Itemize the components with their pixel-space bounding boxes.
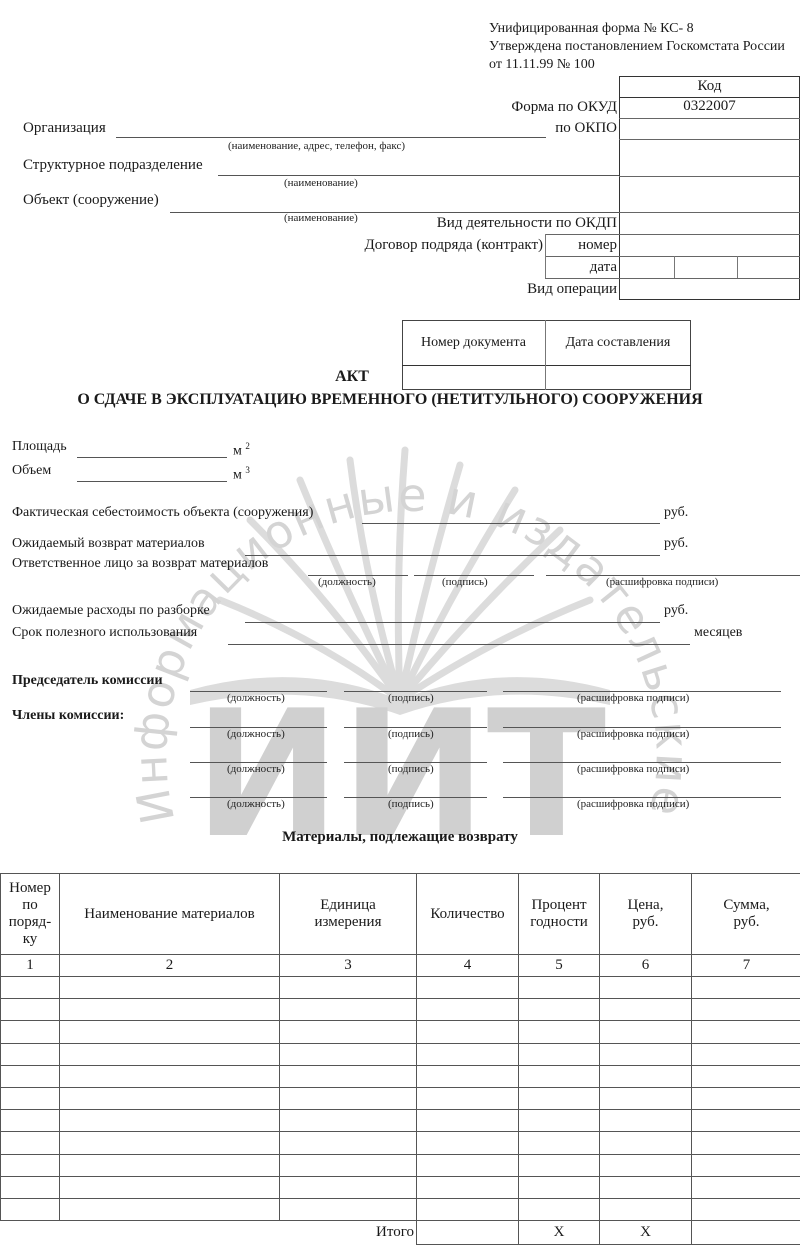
contract-number-label: номер [547, 237, 617, 254]
table-cell[interactable] [417, 1065, 519, 1087]
return-unit: руб. [664, 536, 688, 552]
cost-field[interactable] [362, 523, 660, 524]
code-header: Код [619, 78, 800, 95]
table-cell[interactable] [519, 1065, 600, 1087]
volume-label: Объем [12, 463, 51, 479]
table-row [1, 1021, 800, 1043]
table-cell[interactable] [60, 1087, 280, 1109]
table-row [1, 1154, 800, 1176]
table-cell[interactable] [519, 977, 600, 999]
table-cell[interactable] [280, 1065, 417, 1087]
column-header-line: поряд- [1, 914, 59, 931]
area-unit: м 2 [233, 438, 250, 460]
table-cell[interactable] [600, 1176, 692, 1198]
table-row [1, 1110, 800, 1132]
column-number: 6 [600, 955, 692, 977]
term-label: Срок полезного использования [12, 625, 197, 641]
return-label: Ожидаемый возврат материалов [12, 536, 205, 552]
table-cell[interactable] [1, 1043, 60, 1065]
table-row [1, 1065, 800, 1087]
total-cell: X [600, 1221, 692, 1245]
column-header-line: Номер [1, 880, 59, 897]
table-cell[interactable] [60, 999, 280, 1021]
table-cell[interactable] [600, 977, 692, 999]
expenses-unit: руб. [664, 603, 688, 619]
table-cell[interactable] [692, 999, 800, 1021]
table-cell[interactable] [280, 1198, 417, 1220]
member-1-position-caption: (должность) [227, 728, 285, 740]
form-line-2: Утверждена постановлением Госкомстата Ро… [489, 39, 785, 55]
table-cell[interactable] [280, 1043, 417, 1065]
department-caption: (наименование) [284, 177, 358, 189]
table-cell[interactable] [692, 1021, 800, 1043]
column-header: Цена,руб. [600, 874, 692, 955]
table-cell[interactable] [60, 1065, 280, 1087]
organization-caption: (наименование, адрес, телефон, факс) [228, 140, 405, 152]
act-title: АКТ [252, 368, 452, 386]
column-header: Наименование материалов [60, 874, 280, 955]
column-header: Сумма,руб. [692, 874, 800, 955]
member-3-signature-caption: (подпись) [388, 798, 434, 810]
table-cell[interactable] [600, 1087, 692, 1109]
department-field[interactable] [218, 175, 619, 176]
table-cell[interactable] [280, 1110, 417, 1132]
materials-title: Материалы, подлежащие возврату [200, 829, 600, 846]
column-header-line: Сумма, [692, 897, 800, 914]
table-cell[interactable] [60, 1021, 280, 1043]
table-cell[interactable] [692, 1043, 800, 1065]
column-number: 1 [1, 955, 60, 977]
total-label: Итого [1, 1221, 417, 1245]
table-cell[interactable] [417, 1198, 519, 1220]
table-cell[interactable] [280, 977, 417, 999]
materials-table: Номерпопоряд-куНаименование материаловЕд… [0, 873, 800, 1245]
table-cell[interactable] [417, 1043, 519, 1065]
table-cell[interactable] [519, 999, 600, 1021]
chairman-decoding-caption: (расшифровка подписи) [577, 692, 689, 704]
table-cell[interactable] [60, 1198, 280, 1220]
column-header-line: годности [519, 914, 599, 931]
chairman-signature-caption: (подпись) [388, 692, 434, 704]
table-cell[interactable] [60, 1132, 280, 1154]
total-cell[interactable] [692, 1221, 800, 1245]
column-header-line: руб. [600, 914, 691, 931]
table-cell[interactable] [280, 999, 417, 1021]
responsible-decoding-caption: (расшифровка подписи) [606, 576, 718, 588]
total-row: ИтогоXX [1, 1221, 800, 1245]
table-cell[interactable] [1, 1087, 60, 1109]
table-cell[interactable] [600, 1132, 692, 1154]
table-cell[interactable] [60, 977, 280, 999]
document-date-field[interactable] [545, 369, 691, 387]
operation-label: Вид операции [400, 281, 617, 298]
table-cell[interactable] [692, 1132, 800, 1154]
table-row [1, 977, 800, 999]
table-cell[interactable] [600, 1065, 692, 1087]
member-1-decoding-caption: (расшифровка подписи) [577, 728, 689, 740]
table-cell[interactable] [519, 1198, 600, 1220]
member-1-signature-caption: (подпись) [388, 728, 434, 740]
table-cell[interactable] [692, 1176, 800, 1198]
column-number: 2 [60, 955, 280, 977]
table-cell[interactable] [60, 1043, 280, 1065]
document-number-header: Номер документа [402, 335, 545, 351]
table-cell[interactable] [417, 1154, 519, 1176]
members-label: Члены комиссии: [12, 708, 124, 724]
table-cell[interactable] [692, 1154, 800, 1176]
table-cell[interactable] [417, 977, 519, 999]
total-cell[interactable] [417, 1221, 519, 1245]
table-row [1, 1132, 800, 1154]
volume-field[interactable] [77, 481, 227, 482]
column-header-line: Наименование материалов [60, 906, 279, 923]
table-cell[interactable] [1, 999, 60, 1021]
act-subtitle: О СДАЧЕ В ЭКСПЛУАТАЦИЮ ВРЕМЕННОГО (НЕТИТ… [0, 391, 780, 409]
column-number: 4 [417, 955, 519, 977]
table-row [1, 999, 800, 1021]
column-number: 3 [280, 955, 417, 977]
area-field[interactable] [77, 457, 227, 458]
column-header-line: Единица [280, 897, 416, 914]
table-cell[interactable] [600, 1154, 692, 1176]
table-cell[interactable] [519, 1043, 600, 1065]
okud-code-value[interactable]: 0322007 [619, 98, 800, 115]
column-number: 5 [519, 955, 600, 977]
column-number-row: 1234567 [1, 955, 800, 977]
form-line-1: Унифицированная форма № КС- 8 [489, 21, 694, 37]
table-cell[interactable] [1, 1110, 60, 1132]
table-cell[interactable] [280, 1021, 417, 1043]
table-cell[interactable] [1, 1132, 60, 1154]
responsible-label: Ответственное лицо за возврат материалов [12, 556, 268, 572]
responsible-position-caption: (должность) [318, 576, 376, 588]
column-header: Количество [417, 874, 519, 955]
table-cell[interactable] [600, 1021, 692, 1043]
table-header-row: Номерпопоряд-куНаименование материаловЕд… [1, 874, 800, 955]
term-unit: месяцев [694, 625, 742, 641]
column-header-line: ку [1, 931, 59, 948]
table-cell[interactable] [600, 1043, 692, 1065]
return-field[interactable] [245, 555, 660, 556]
table-cell[interactable] [280, 1132, 417, 1154]
column-header: Номерпопоряд-ку [1, 874, 60, 955]
table-cell[interactable] [417, 1110, 519, 1132]
table-cell[interactable] [60, 1110, 280, 1132]
table-cell[interactable] [280, 1176, 417, 1198]
table-cell[interactable] [519, 1132, 600, 1154]
department-label: Структурное подразделение [23, 157, 203, 174]
area-label: Площадь [12, 439, 67, 455]
column-header-line: Цена, [600, 897, 691, 914]
object-label: Объект (сооружение) [23, 192, 159, 209]
chairman-position-caption: (должность) [227, 692, 285, 704]
column-header-line: Процент [519, 897, 599, 914]
column-header-line: Количество [417, 906, 518, 923]
table-cell[interactable] [1, 1176, 60, 1198]
table-cell[interactable] [1, 1198, 60, 1220]
table-cell[interactable] [519, 1176, 600, 1198]
table-cell[interactable] [519, 1110, 600, 1132]
column-header: Единицаизмерения [280, 874, 417, 955]
table-row [1, 1043, 800, 1065]
table-row [1, 1087, 800, 1109]
table-cell[interactable] [417, 1176, 519, 1198]
watermark-logo-text: ИИТ [194, 674, 606, 877]
expenses-field[interactable] [245, 622, 660, 623]
table-cell[interactable] [692, 1110, 800, 1132]
volume-unit: м 3 [233, 462, 250, 484]
table-cell[interactable] [692, 1065, 800, 1087]
table-row [1, 1176, 800, 1198]
table-cell[interactable] [600, 999, 692, 1021]
column-header-line: измерения [280, 914, 416, 931]
contract-label: Договор подряда (контракт) [300, 237, 543, 254]
column-header-line: руб. [692, 914, 800, 931]
table-cell[interactable] [692, 977, 800, 999]
table-cell[interactable] [519, 1021, 600, 1043]
table-cell[interactable] [1, 1154, 60, 1176]
table-cell[interactable] [417, 1132, 519, 1154]
table-cell[interactable] [60, 1154, 280, 1176]
member-2-position-caption: (должность) [227, 763, 285, 775]
table-cell[interactable] [417, 999, 519, 1021]
okpo-label: по ОКПО [400, 120, 617, 137]
table-cell[interactable] [60, 1176, 280, 1198]
table-cell[interactable] [417, 1087, 519, 1109]
table-cell[interactable] [280, 1154, 417, 1176]
table-cell[interactable] [1, 1021, 60, 1043]
member-2-signature-caption: (подпись) [388, 763, 434, 775]
member-2-decoding-caption: (расшифровка подписи) [577, 763, 689, 775]
cost-unit: руб. [664, 505, 688, 521]
organization-label: Организация [23, 120, 106, 137]
document-date-header: Дата составления [545, 335, 691, 351]
expenses-label: Ожидаемые расходы по разборке [12, 603, 210, 619]
table-cell[interactable] [417, 1021, 519, 1043]
organization-field[interactable] [116, 137, 546, 138]
form-line-3: от 11.11.99 № 100 [489, 57, 595, 73]
okud-label: Форма по ОКУД [400, 99, 617, 116]
member-3-decoding-caption: (расшифровка подписи) [577, 798, 689, 810]
table-cell[interactable] [1, 1065, 60, 1087]
table-row [1, 1198, 800, 1220]
table-cell[interactable] [519, 1154, 600, 1176]
table-cell[interactable] [600, 1110, 692, 1132]
table-cell[interactable] [280, 1087, 417, 1109]
member-3-position-caption: (должность) [227, 798, 285, 810]
table-cell[interactable] [692, 1198, 800, 1220]
responsible-signature-caption: (подпись) [442, 576, 488, 588]
cost-label: Фактическая себестоимость объекта (соору… [12, 505, 313, 521]
table-cell[interactable] [600, 1198, 692, 1220]
column-header-line: по [1, 897, 59, 914]
okdp-label: Вид деятельности по ОКДП [380, 215, 617, 232]
object-field[interactable] [170, 212, 619, 213]
contract-date-label: дата [547, 259, 617, 276]
term-field[interactable] [228, 644, 690, 645]
table-cell[interactable] [692, 1087, 800, 1109]
column-header: Процентгодности [519, 874, 600, 955]
chairman-label: Председатель комиссии [12, 673, 163, 689]
column-number: 7 [692, 955, 800, 977]
total-cell: X [519, 1221, 600, 1245]
table-cell[interactable] [1, 977, 60, 999]
object-caption: (наименование) [284, 212, 358, 224]
table-cell[interactable] [519, 1087, 600, 1109]
